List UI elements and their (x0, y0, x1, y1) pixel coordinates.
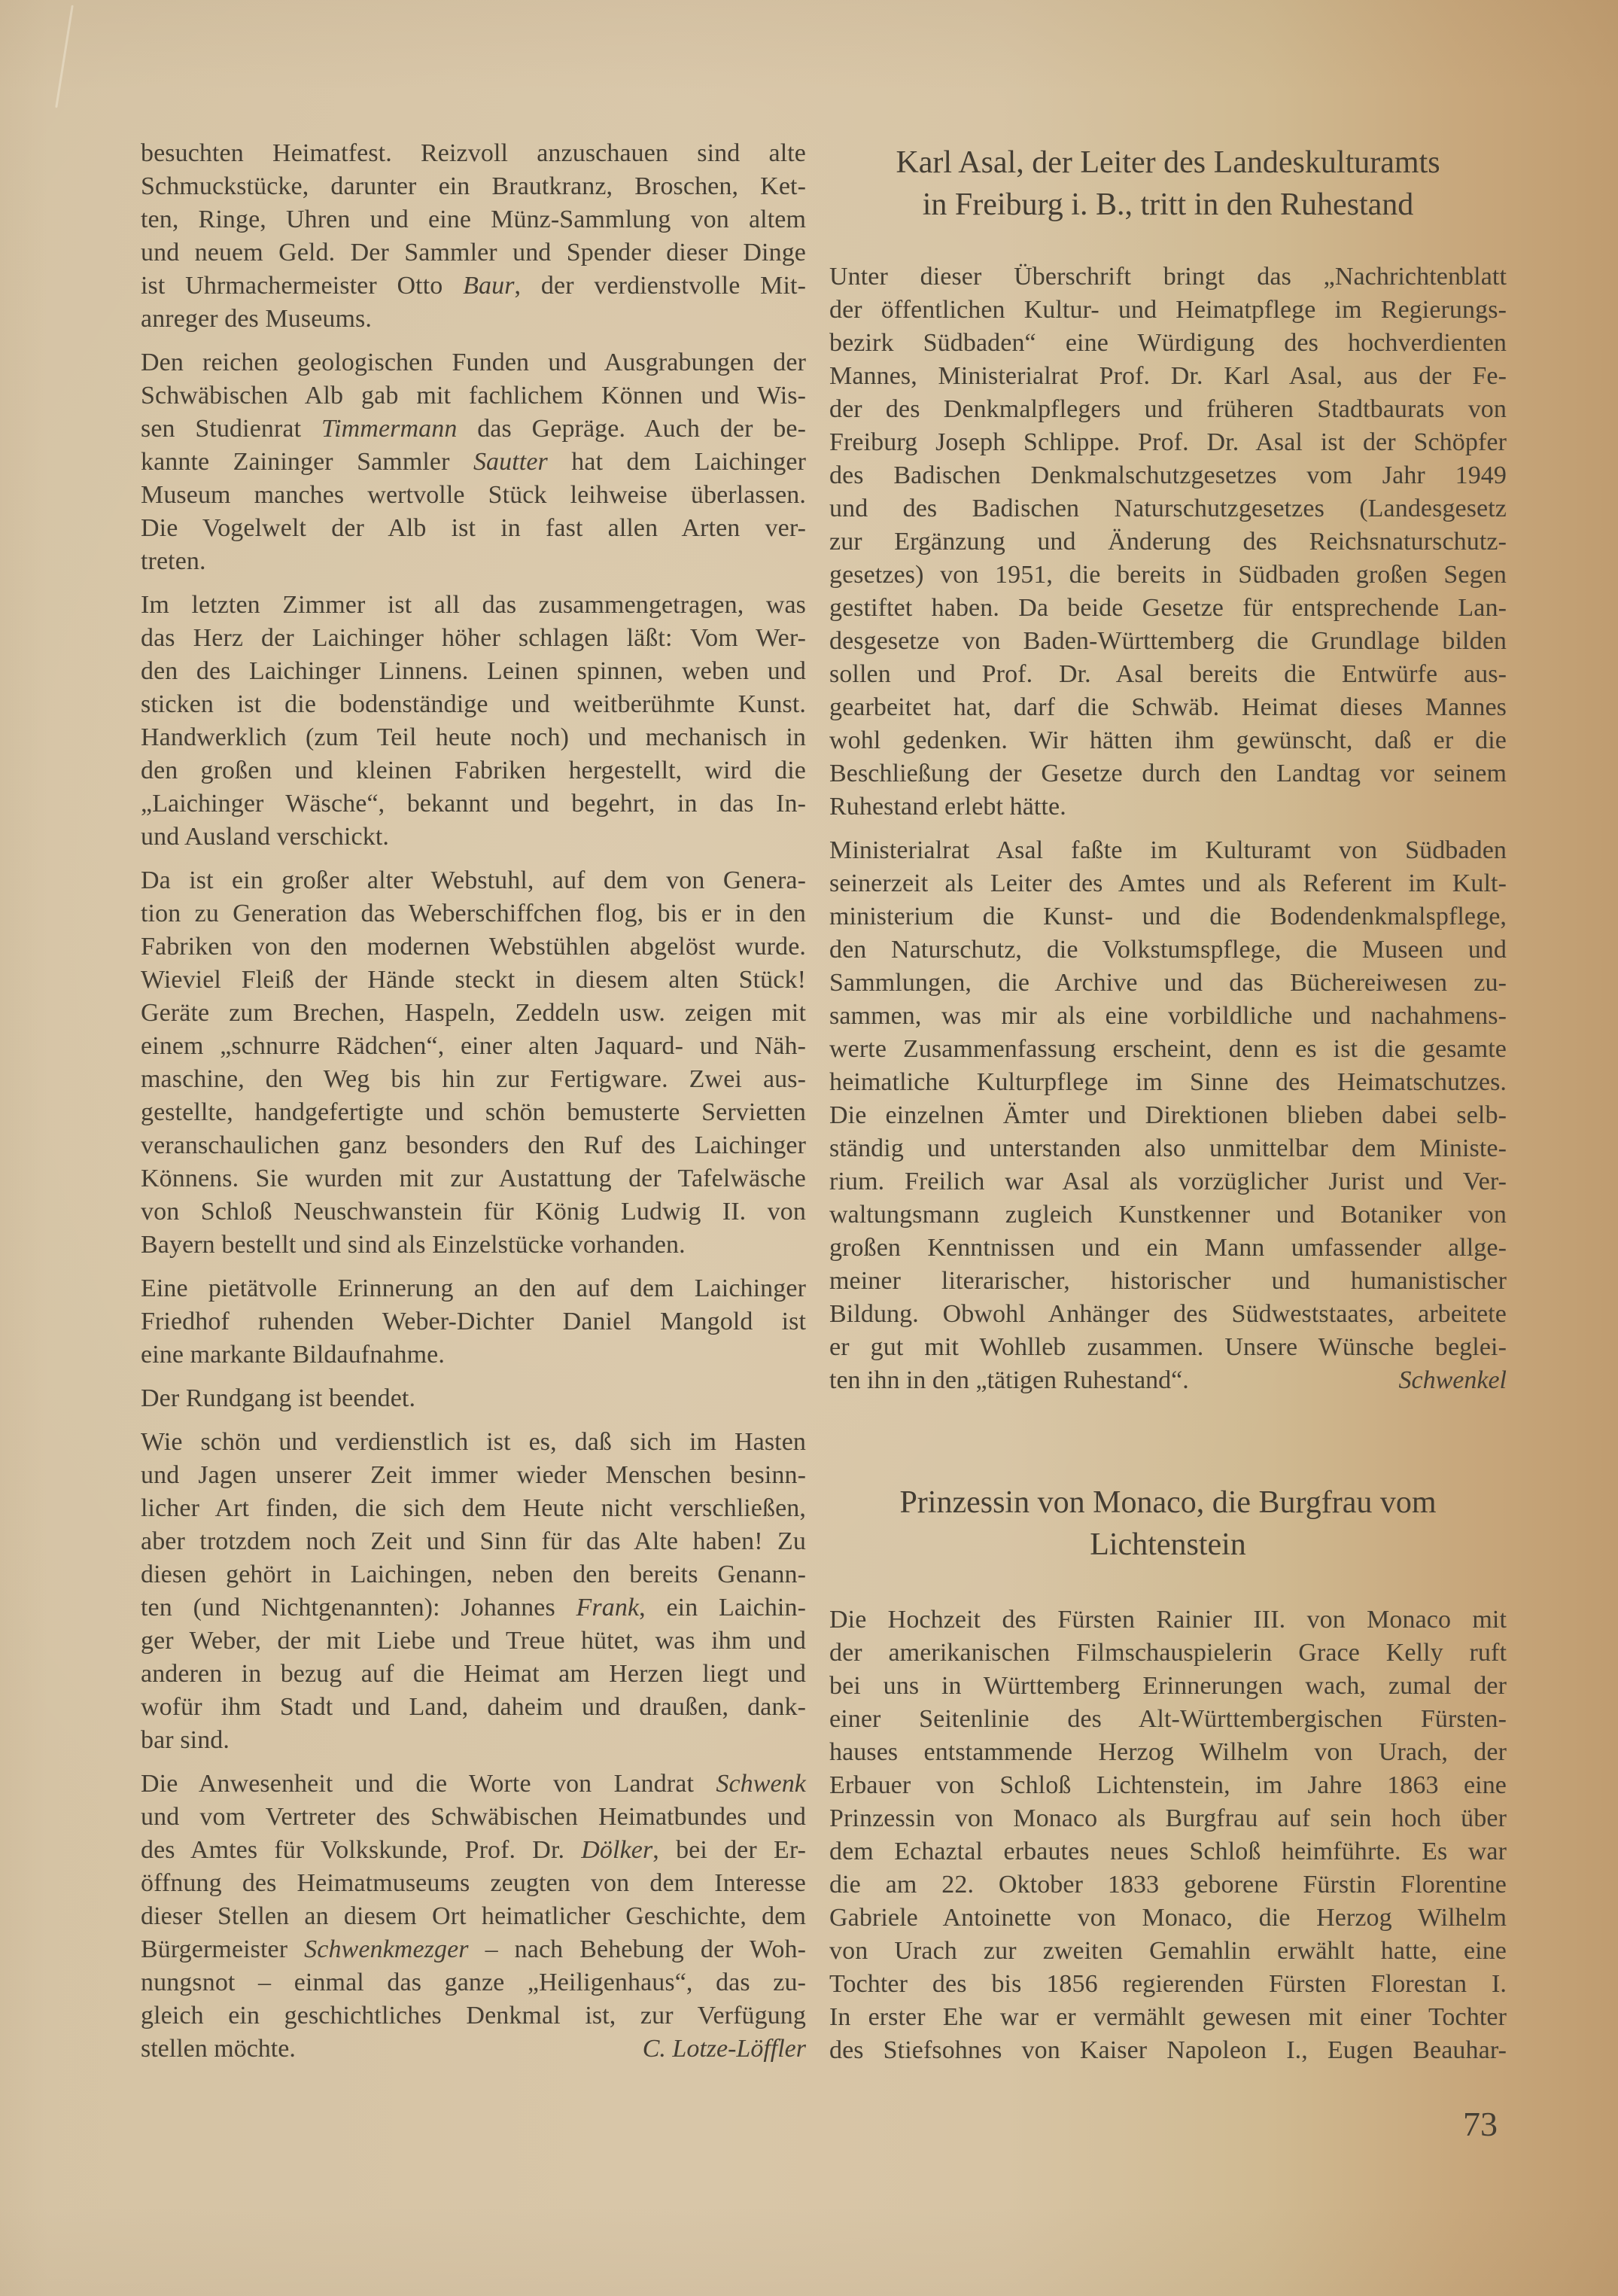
heading-line: Lichtenstein (829, 1524, 1507, 1566)
text-line: bezirk Südbaden“ eine Würdigung des hoch… (829, 327, 1507, 360)
text-line: rium. Freilich war Asal als vorzüglicher… (829, 1165, 1507, 1198)
text-line: ständig und unterstanden also unmittelba… (829, 1132, 1507, 1165)
text-line: des Amtes für Volkskunde, Prof. Dr. Dölk… (141, 1834, 806, 1867)
text-line: Im letzten Zimmer ist all das zusammenge… (141, 589, 806, 622)
paragraph: Unter dieser Überschrift bringt das „Nac… (829, 260, 1507, 824)
text-line: Die Anwesenheit und die Worte von Landra… (141, 1768, 806, 1801)
right-column: Karl Asal, der Leiter des Landeskulturam… (829, 142, 1507, 2067)
text-line: Eine pietätvolle Erinnerung an den auf d… (141, 1272, 806, 1305)
text-line: Handwerklich (zum Teil heute noch) und m… (141, 721, 806, 754)
text-line: Die Hochzeit des Fürsten Rainier III. vo… (829, 1603, 1507, 1637)
text-line: eine markante Bildaufnahme. (141, 1338, 806, 1372)
paragraph: Der Rundgang ist beendet. (141, 1382, 806, 1415)
text-line: des Stiefsohnes von Kaiser Napoleon I., … (829, 2034, 1507, 2067)
paragraph: Im letzten Zimmer ist all das zusammenge… (141, 589, 806, 854)
text-line: der amerikanischen Filmschauspielerin Gr… (829, 1637, 1507, 1670)
text-line: der des Denkmalpflegers und früheren Sta… (829, 393, 1507, 426)
text-line: Schmuckstücke, darunter ein Brautkranz, … (141, 170, 806, 203)
text-line: aber trotzdem noch Zeit und Sinn für das… (141, 1525, 806, 1558)
paper-crease (55, 5, 74, 108)
text-line: Museum manches wertvolle Stück leihweise… (141, 479, 806, 512)
text-line: ger Weber, der mit Liebe und Treue hütet… (141, 1625, 806, 1658)
text-line: gesetzes) von 1951, die bereits in Südba… (829, 559, 1507, 592)
text-line: Die Vogelwelt der Alb ist in fast allen … (141, 512, 806, 545)
text-line: des Badischen Denkmalschutzgesetzes vom … (829, 459, 1507, 492)
text-line: Gabriele Antoinette von Monaco, die Herz… (829, 1902, 1507, 1935)
text-line: kannte Zaininger Sammler Sautter hat dem… (141, 446, 806, 479)
text-line: Da ist ein großer alter Webstuhl, auf de… (141, 864, 806, 897)
left-column: besuchten Heimatfest. Reizvoll anzuschau… (141, 137, 806, 2066)
text-line: öffnung des Heimatmuseums zeugten von de… (141, 1867, 806, 1900)
text-line: besuchten Heimatfest. Reizvoll anzuschau… (141, 137, 806, 170)
text-line: Schwäbischen Alb gab mit fachlichem Könn… (141, 379, 806, 413)
author-signature: C. Lotze-Löffler (613, 2033, 806, 2066)
text-line: heimatliche Kulturpflege im Sinne des He… (829, 1066, 1507, 1099)
paragraph: besuchten Heimatfest. Reizvoll anzuschau… (141, 137, 806, 336)
text-line: diesen gehört in Laichingen, neben den b… (141, 1558, 806, 1591)
text-line: Geräte zum Brechen, Haspeln, Zeddeln usw… (141, 997, 806, 1030)
text-line: der öffentlichen Kultur- und Heimatpfleg… (829, 294, 1507, 327)
text-line: „Laichinger Wäsche“, bekannt und begehrt… (141, 787, 806, 821)
text-line: Bildung. Obwohl Anhänger des Südweststaa… (829, 1298, 1507, 1331)
text-line: großen Kenntnissen und ein Mann umfassen… (829, 1232, 1507, 1265)
text-line: zur Ergänzung und Änderung des Reichsnat… (829, 525, 1507, 559)
text-line: Wie schön und verdienstlich ist es, daß … (141, 1426, 806, 1459)
text-line: sticken ist die bodenständige und weitbe… (141, 688, 806, 721)
text-line: In erster Ehe war er vermählt gewesen mi… (829, 2001, 1507, 2034)
paragraph: Eine pietätvolle Erinnerung an den auf d… (141, 1272, 806, 1372)
text-line: Freiburg Joseph Schlippe. Prof. Dr. Asal… (829, 426, 1507, 459)
text-line: werte Zusammenfassung erscheint, denn es… (829, 1033, 1507, 1066)
scanned-page: besuchten Heimatfest. Reizvoll anzuschau… (0, 0, 1618, 2296)
heading-line: Karl Asal, der Leiter des Landeskulturam… (829, 142, 1507, 184)
text-line: einer Seitenlinie des Alt-Württembergisc… (829, 1703, 1507, 1736)
text-line: sollen und Prof. Dr. Asal bereits die En… (829, 658, 1507, 691)
text-line: maschine, den Weg bis hin zur Fertigware… (141, 1063, 806, 1096)
text-line: Beschließung der Gesetze durch den Landt… (829, 757, 1507, 790)
text-line: Ministerialrat Asal faßte im Kulturamt v… (829, 834, 1507, 867)
text-line: dem Echaztal erbautes neues Schloß heimf… (829, 1835, 1507, 1868)
text-line: Wieviel Fleiß der Hände steckt in diesem… (141, 964, 806, 997)
text-line: Erbauer von Schloß Lichtenstein, im Jahr… (829, 1769, 1507, 1802)
page-number: 73 (828, 2104, 1498, 2144)
text-line: Friedhof ruhenden Weber-Dichter Daniel M… (141, 1305, 806, 1338)
text-line: ist Uhrmachermeister Otto Baur, der verd… (141, 269, 806, 303)
text-line: wohl gedenken. Wir hätten ihm gewünscht,… (829, 724, 1507, 757)
text-line: Sammlungen, die Archive und das Bücherei… (829, 967, 1507, 1000)
text-line: Prinzessin von Monaco als Burgfrau auf s… (829, 1802, 1507, 1835)
text-line: seinerzeit als Leiter des Amtes und als … (829, 867, 1507, 900)
text-line: Fabriken von den modernen Webstühlen abg… (141, 930, 806, 964)
paragraph: Die Hochzeit des Fürsten Rainier III. vo… (829, 1603, 1507, 2067)
text-line: Tochter des bis 1856 regierenden Fürsten… (829, 1968, 1507, 2001)
text-line: desgesetze von Baden-Württemberg die Gru… (829, 625, 1507, 658)
text-line: von Urach zur zweiten Gemahlin erwählt h… (829, 1935, 1507, 1968)
text-line: waltungsmann zugleich Kunstkenner und Bo… (829, 1198, 1507, 1232)
text-line: bar sind. (141, 1724, 806, 1757)
text-line: tion zu Generation das Weberschiffchen f… (141, 897, 806, 930)
text-line: ten (und Nichtgenannten): Johannes Frank… (141, 1591, 806, 1625)
text-line: licher Art finden, die sich dem Heute ni… (141, 1492, 806, 1525)
text-line: bei uns in Württemberg Erinnerungen wach… (829, 1670, 1507, 1703)
text-line: den großen und kleinen Fabriken hergeste… (141, 754, 806, 787)
text-line: den Naturschutz, die Volkstumspflege, di… (829, 933, 1507, 967)
text-line: dieser Stellen an diesem Ort heimatliche… (141, 1900, 806, 1933)
text-line: Unter dieser Überschrift bringt das „Nac… (829, 260, 1507, 294)
text-line: treten. (141, 545, 806, 578)
text-line: nungsnot – einmal das ganze „Heiligenhau… (141, 1966, 806, 1999)
article-heading-prinzessin-monaco: Prinzessin von Monaco, die Burgfrau vom … (829, 1481, 1507, 1566)
text-line: gearbeitet hat, darf die Schwäb. Heimat … (829, 691, 1507, 724)
text-line: das Herz der Laichinger höher schlagen l… (141, 622, 806, 655)
text-line: Könnens. Sie wurden mit zur Austattung d… (141, 1162, 806, 1195)
article-karl-asal-body: Unter dieser Überschrift bringt das „Nac… (829, 260, 1507, 1397)
text-line: veranschaulichen ganz besonders den Ruf … (141, 1129, 806, 1162)
text-line: und Jagen unserer Zeit immer wieder Mens… (141, 1459, 806, 1492)
text-line: stellen möchte. (141, 2033, 296, 2066)
text-line: hauses entstammende Herzog Wilhelm von U… (829, 1736, 1507, 1769)
text-line: den des Laichinger Linnens. Leinen spinn… (141, 655, 806, 688)
article-prinzessin-monaco-body: Die Hochzeit des Fürsten Rainier III. vo… (829, 1603, 1507, 2067)
heading-line: in Freiburg i. B., tritt in den Ruhestan… (829, 184, 1507, 226)
heading-line: Prinzessin von Monaco, die Burgfrau vom (829, 1481, 1507, 1524)
signature-line: ten ihn in den „tätigen Ruhestand“.Schwe… (829, 1364, 1507, 1397)
text-line: und des Badischen Naturschutzgesetzes (L… (829, 492, 1507, 525)
text-line: er gut mit Wohlleb zusammen. Unsere Wüns… (829, 1331, 1507, 1364)
text-line: und vom Vertreter des Schwäbischen Heima… (141, 1801, 806, 1834)
paragraph: Ministerialrat Asal faßte im Kulturamt v… (829, 834, 1507, 1397)
paragraph: Den reichen geologischen Funden und Ausg… (141, 346, 806, 578)
text-line: Mannes, Ministerialrat Prof. Dr. Karl As… (829, 360, 1507, 393)
author-signature: Schwenkel (1369, 1364, 1507, 1397)
text-line: ten ihn in den „tätigen Ruhestand“. (829, 1364, 1189, 1397)
text-line: wofür ihm Stadt und Land, daheim und dra… (141, 1691, 806, 1724)
article-heading-karl-asal: Karl Asal, der Leiter des Landeskulturam… (829, 142, 1507, 226)
text-line: sammen, was mir als eine vorbildliche un… (829, 1000, 1507, 1033)
text-line: gestellte, handgefertigte und schön bemu… (141, 1096, 806, 1129)
text-line: ministerium die Kunst- und die Bodendenk… (829, 900, 1507, 933)
text-line: und neuem Geld. Der Sammler und Spender … (141, 236, 806, 269)
text-line: und Ausland verschickt. (141, 821, 806, 854)
text-line: Den reichen geologischen Funden und Ausg… (141, 346, 806, 379)
text-line: gleich ein geschichtliches Denkmal ist, … (141, 1999, 806, 2033)
paragraph: Wie schön und verdienstlich ist es, daß … (141, 1426, 806, 1757)
text-line: einem „schnurre Rädchen“, einer alten Ja… (141, 1030, 806, 1063)
paragraph: Da ist ein großer alter Webstuhl, auf de… (141, 864, 806, 1262)
paragraph: Die Anwesenheit und die Worte von Landra… (141, 1768, 806, 2066)
text-line: gestiftet haben. Da beide Gesetze für en… (829, 592, 1507, 625)
text-line: Der Rundgang ist beendet. (141, 1382, 806, 1415)
text-line: von Schloß Neuschwanstein für König Ludw… (141, 1195, 806, 1229)
text-line: Bürgermeister Schwenkmezger – nach Beheb… (141, 1933, 806, 1966)
text-line: die am 22. Oktober 1833 geborene Fürstin… (829, 1868, 1507, 1902)
text-line: anderen in bezug auf die Heimat am Herze… (141, 1658, 806, 1691)
signature-line: stellen möchte.C. Lotze-Löffler (141, 2033, 806, 2066)
text-line: Die einzelnen Ämter und Direktionen blie… (829, 1099, 1507, 1132)
text-line: Bayern bestellt und sind als Einzelstück… (141, 1229, 806, 1262)
text-line: anreger des Museums. (141, 303, 806, 336)
text-line: sen Studienrat Timmermann das Gepräge. A… (141, 413, 806, 446)
text-line: ten, Ringe, Uhren und eine Münz-Sammlung… (141, 203, 806, 236)
text-line: Ruhestand erlebt hätte. (829, 790, 1507, 824)
text-line: meiner literarischer, historischer und h… (829, 1265, 1507, 1298)
